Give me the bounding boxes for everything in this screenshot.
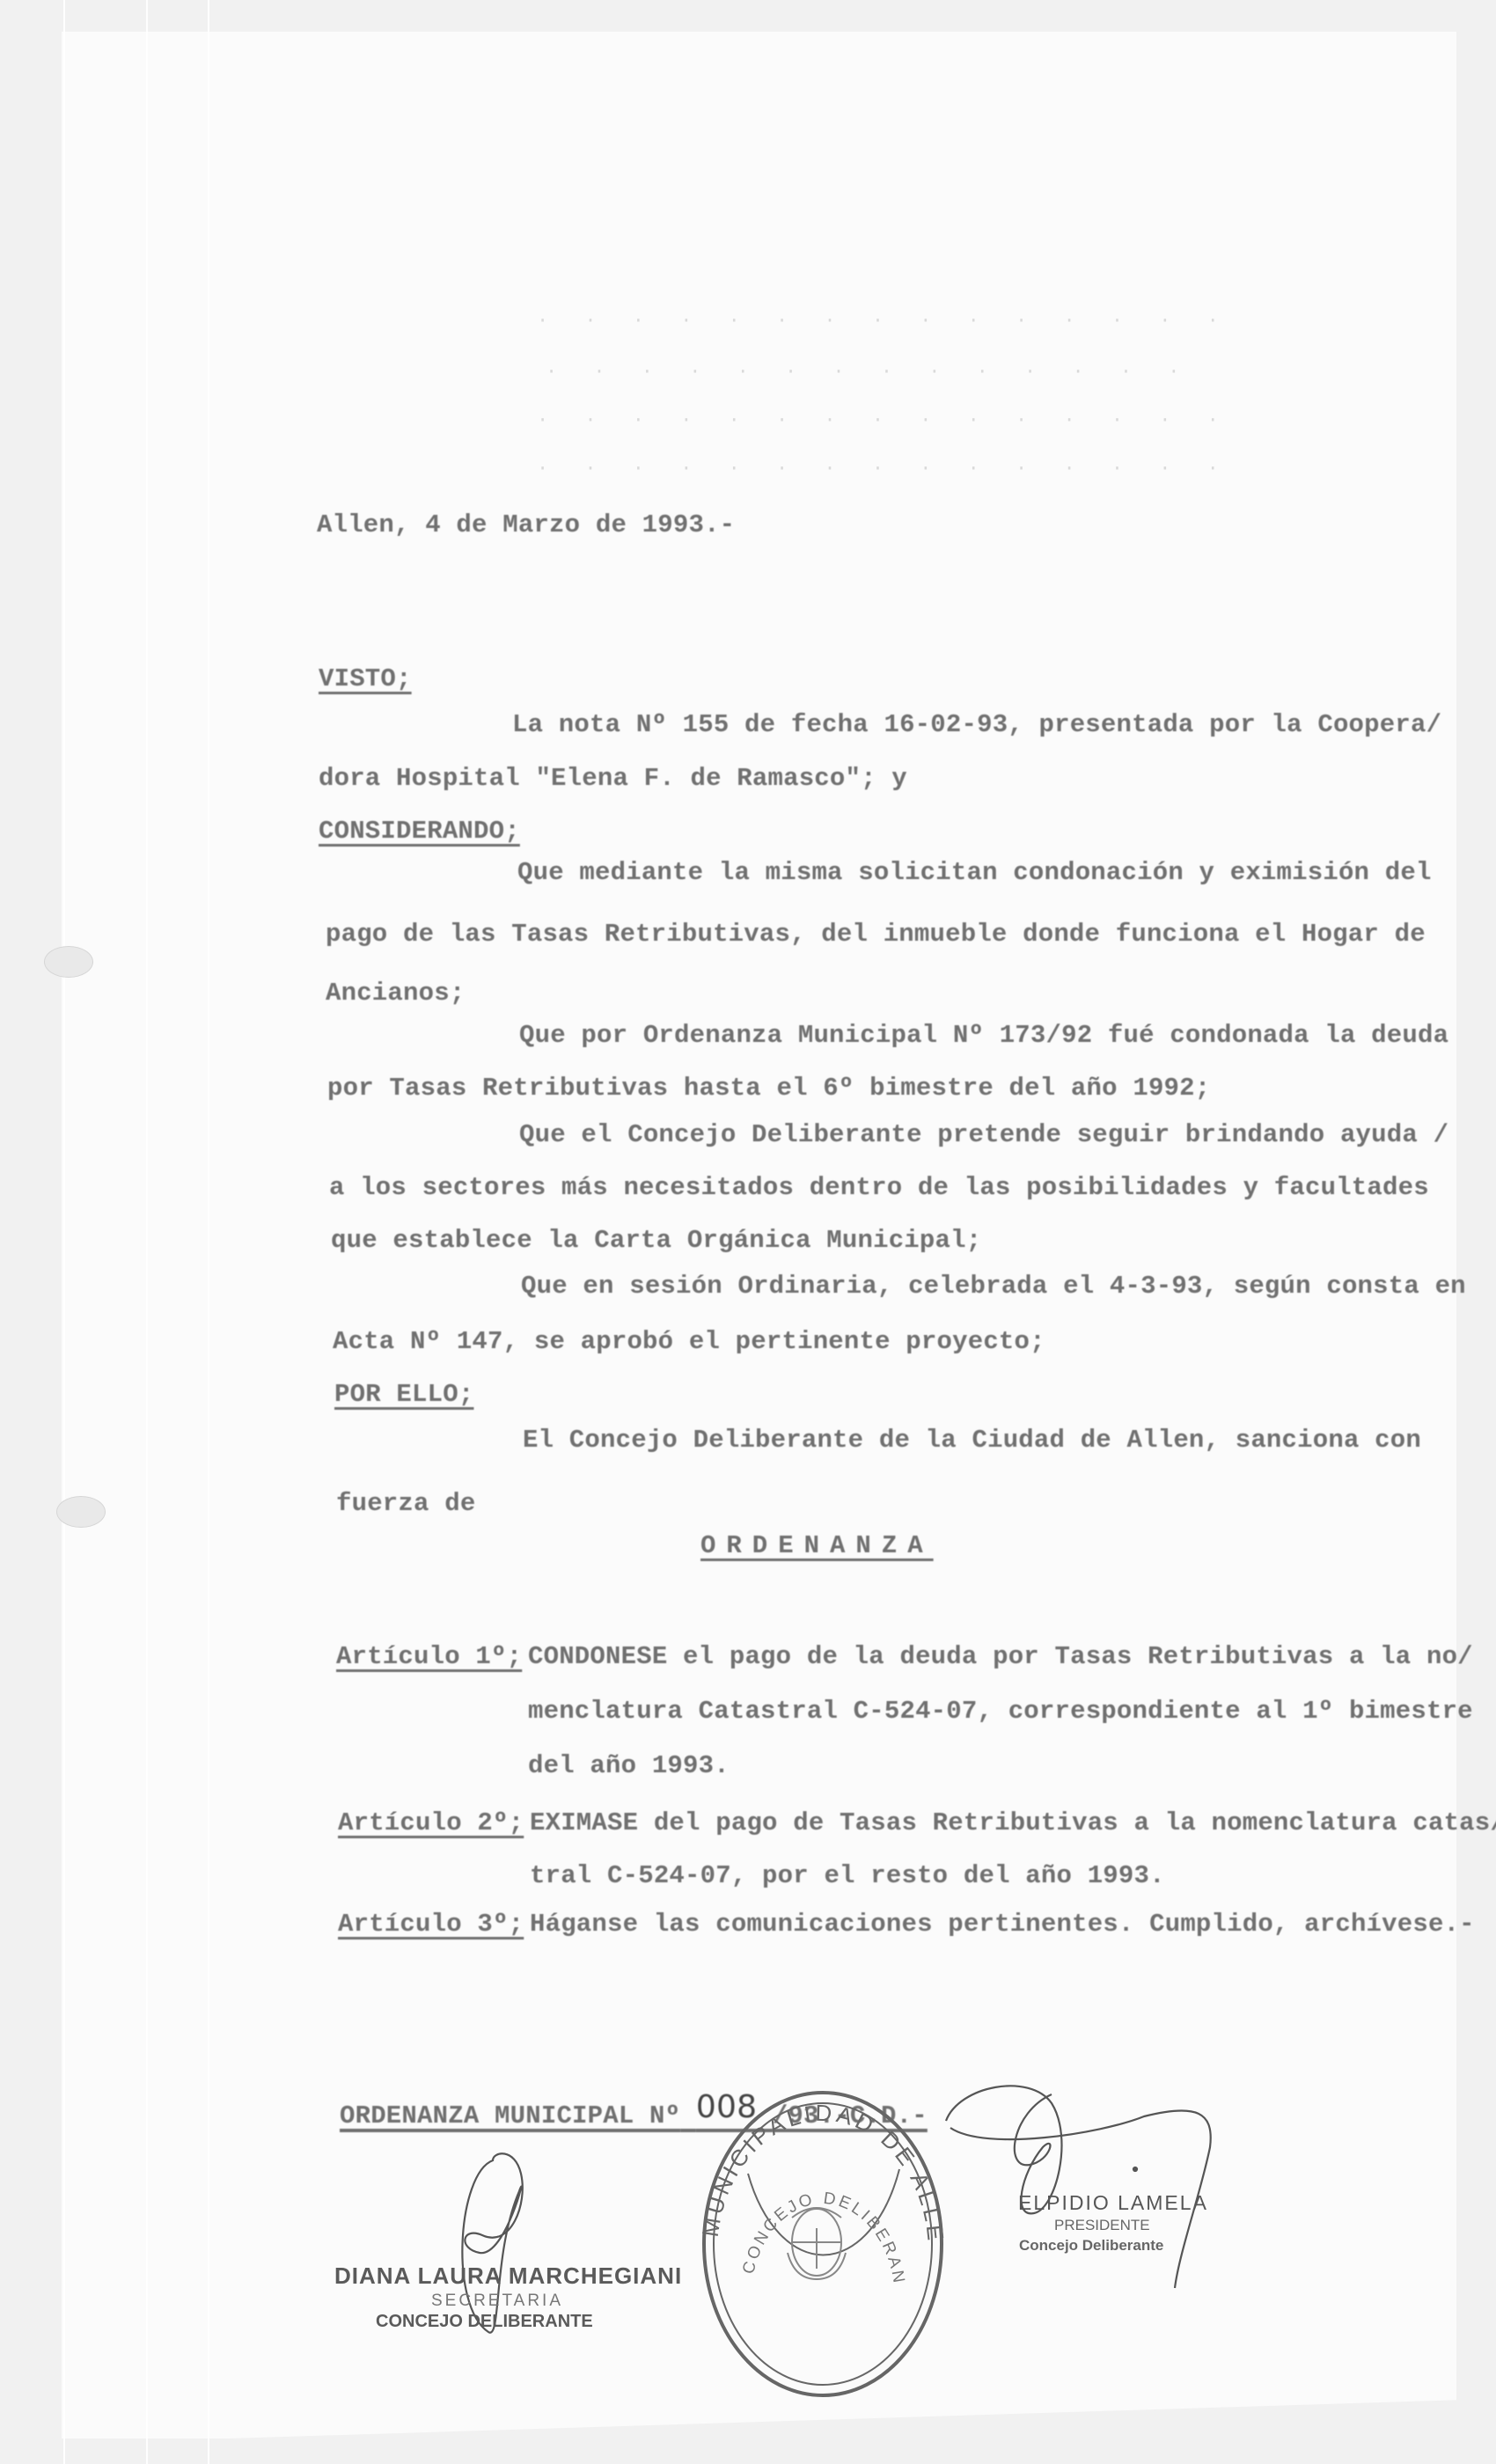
president-name: ELPIDIO LAMELA [1018, 2191, 1208, 2215]
punch-hole [56, 1496, 106, 1528]
considerando-heading: CONSIDERANDO; [319, 817, 520, 846]
considerando-line: Que el Concejo Deliberante pretende segu… [519, 1120, 1448, 1149]
secretary-role: SECRETARIA [431, 2292, 563, 2311]
por-ello-heading: POR ELLO; [334, 1380, 473, 1409]
bleed-through-marks: · · · · · · · · · · · · · · · [537, 310, 1231, 332]
article-1-label: Artículo 1º; [336, 1642, 522, 1671]
ordinance-number-suffix: /93.-C.D.- [773, 2101, 928, 2130]
considerando-line: Que en sesión Ordinaria, celebrada el 4-… [521, 1272, 1466, 1301]
article-2-label: Artículo 2º; [338, 1808, 524, 1837]
visto-line: La nota Nº 155 de fecha 16-02-93, presen… [512, 710, 1441, 739]
article-3-line: Háganse las comunicaciones pertinentes. … [530, 1910, 1475, 1939]
secretary-body: CONCEJO DELIBERANTE [376, 2312, 593, 2332]
visto-heading: VISTO; [319, 664, 412, 693]
president-body: Concejo Deliberante [1019, 2237, 1163, 2255]
handwritten-number: 008 [696, 2089, 757, 2125]
visto-line: dora Hospital "Elena F. de Ramasco"; y [319, 764, 907, 793]
considerando-line: Acta Nº 147, se aprobó el pertinente pro… [333, 1327, 1045, 1356]
punch-hole [44, 946, 93, 978]
considerando-line: Que mediante la misma solicitan condonac… [517, 858, 1432, 887]
considerando-line: que establece la Carta Orgánica Municipa… [331, 1226, 981, 1255]
bleed-through-marks: · · · · · · · · · · · · · · · [537, 458, 1231, 480]
article-1-line: CONDONESE el pago de la deuda por Tasas … [528, 1642, 1473, 1671]
article-1-line: del año 1993. [528, 1751, 730, 1780]
ordinance-title: ORDENANZA [700, 1531, 934, 1560]
considerando-line: Ancianos; [326, 979, 465, 1008]
bleed-through-marks: · · · · · · · · · · · · · · · [537, 409, 1231, 431]
considerando-line: pago de las Tasas Retributivas, del inmu… [326, 920, 1426, 949]
article-2-line: tral C-524-07, por el resto del año 1993… [530, 1861, 1165, 1890]
por-ello-line: El Concejo Deliberante de la Ciudad de A… [523, 1426, 1421, 1455]
fold-line [146, 0, 148, 2464]
ordinance-number-prefix: ORDENANZA MUNICIPAL Nº [340, 2101, 680, 2130]
bleed-through-marks: · · · · · · · · · · · · · · [546, 361, 1192, 383]
ordinance-number: ORDENANZA MUNICIPAL Nº 008 /93.-C.D.- [340, 2094, 928, 2130]
article-3-label: Artículo 3º; [338, 1910, 524, 1939]
article-1-line: menclatura Catastral C-524-07, correspon… [528, 1697, 1473, 1726]
article-2-line: EXIMASE del pago de Tasas Retributivas a… [530, 1808, 1496, 1837]
place-date: Allen, 4 de Marzo de 1993.- [317, 510, 735, 539]
por-ello-line: fuerza de [336, 1489, 475, 1518]
considerando-line: por Tasas Retributivas hasta el 6º bimes… [327, 1074, 1210, 1103]
secretary-name: DIANA LAURA MARCHEGIANI [334, 2262, 682, 2290]
president-role: PRESIDENTE [1054, 2217, 1150, 2234]
considerando-line: Que por Ordenanza Municipal Nº 173/92 fu… [519, 1021, 1448, 1050]
fold-line [63, 0, 65, 2464]
fold-line [208, 0, 209, 2464]
considerando-line: a los sectores más necesitados dentro de… [329, 1173, 1429, 1202]
